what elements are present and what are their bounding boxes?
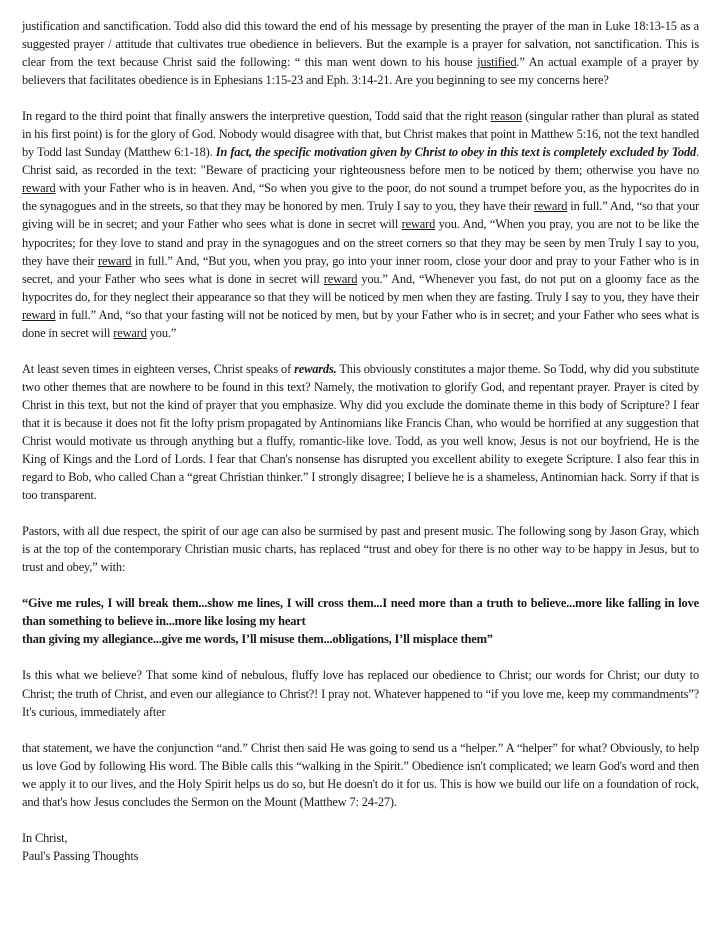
underlined-term: justified xyxy=(477,55,516,69)
emphasized-text: rewards. xyxy=(294,362,337,376)
lyric-line: “Give me rules, I will break them...show… xyxy=(22,594,699,630)
underlined-term: reward xyxy=(402,217,436,231)
paragraph-helper: that statement, we have the conjunction … xyxy=(22,739,699,811)
text-run: you.” xyxy=(147,326,176,340)
paragraph-justification: justification and sanctification. Todd a… xyxy=(22,17,699,89)
lyric-line: than giving my allegiance...give me word… xyxy=(22,630,699,648)
paragraph-what-we-believe: Is this what we believe? That some kind … xyxy=(22,666,699,720)
closing-signature: Paul's Passing Thoughts xyxy=(22,849,138,863)
underlined-term: reward xyxy=(324,272,358,286)
paragraph-third-point: In regard to the third point that finall… xyxy=(22,107,699,342)
underlined-term: reward xyxy=(534,199,568,213)
paragraph-music: Pastors, with all due respect, the spiri… xyxy=(22,522,699,576)
text-run: This obviously constitutes a major theme… xyxy=(22,362,699,502)
text-run: Is this what we believe? That some kind … xyxy=(22,668,699,718)
text-run: Pastors, with all due respect, the spiri… xyxy=(22,524,699,574)
text-run: that statement, we have the conjunction … xyxy=(22,741,699,809)
emphasized-text: In fact, the specific motivation given b… xyxy=(216,145,696,159)
underlined-term: reason xyxy=(491,109,522,123)
closing-salutation: In Christ, xyxy=(22,831,67,845)
document-page: justification and sanctification. Todd a… xyxy=(22,17,699,865)
underlined-term: reward xyxy=(113,326,147,340)
song-lyrics-quote: “Give me rules, I will break them...show… xyxy=(22,594,699,648)
underlined-term: reward xyxy=(98,254,132,268)
paragraph-rewards-theme: At least seven times in eighteen verses,… xyxy=(22,360,699,504)
underlined-term: reward xyxy=(22,181,56,195)
closing-block: In Christ, Paul's Passing Thoughts xyxy=(22,829,699,865)
underlined-term: reward xyxy=(22,308,56,322)
text-run: In regard to the third point that finall… xyxy=(22,109,491,123)
text-run: At least seven times in eighteen verses,… xyxy=(22,362,294,376)
